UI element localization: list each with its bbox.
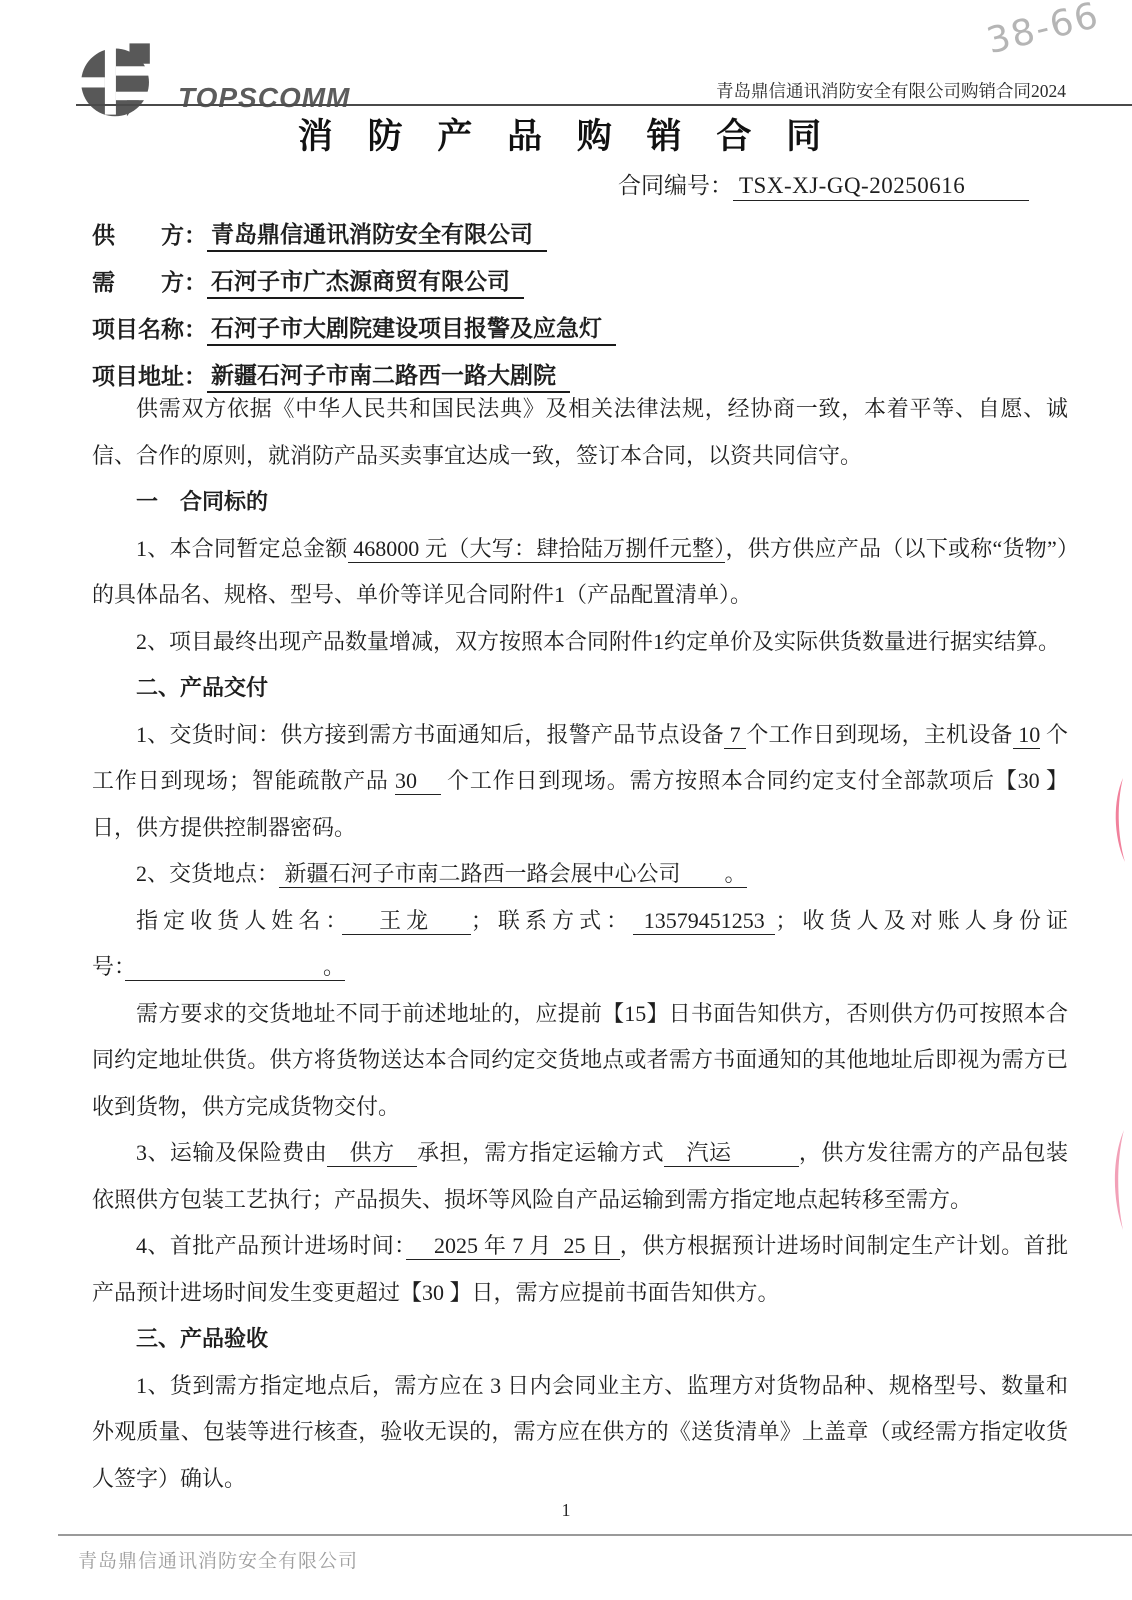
fill-in-value: 。: [125, 954, 345, 981]
paragraph-text: 供需双方依据《中华人民共和国民法典》及相关法律法规，经协商一致，本着平等、自愿、…: [92, 396, 1068, 468]
contract-number-line: 合同编号：TSX-XJ-GQ-20250616: [618, 167, 1029, 200]
paragraph-text: ；联系方式：: [471, 908, 633, 933]
contract-number-label: 合同编号：: [618, 173, 733, 198]
fill-in-value: 2025 年 7 月 25 日: [406, 1233, 620, 1260]
topscomm-logo-icon: [76, 40, 166, 118]
fill-in-value: 10: [1013, 722, 1041, 749]
contract-paragraph: 2、交货地点： 新疆石河子市南二路西一路会展中心公司 。: [92, 851, 1068, 898]
paragraph-text: 指定收货人姓名：: [136, 908, 342, 933]
header-divider: [76, 104, 1132, 106]
fill-in-value: 新疆石河子市南二路西一路会展中心公司 。: [279, 861, 747, 888]
contract-paragraph: 需方要求的交货地址不同于前述地址的，应提前【15】日书面告知供方，否则供方仍可按…: [92, 991, 1068, 1131]
paragraph-text: 1、交货时间：供方接到需方书面通知后，报警产品节点设备: [136, 722, 724, 747]
contract-page: TOPSCOMM 38-66 青岛鼎信通讯消防安全有限公司购销合同2024 消 …: [0, 0, 1132, 1600]
fill-in-value: 7: [724, 722, 746, 749]
paragraph-text: 1、本合同暂定总金额: [136, 536, 348, 561]
project-name-value: 石河子市大剧院建设项目报警及应急灯: [207, 310, 616, 346]
contract-paragraph: 1、货到需方指定地点后，需方应在 3 日内会同业主方、监理方对货物品种、规格型号…: [92, 1363, 1068, 1503]
section-heading: 一 合同标的: [92, 479, 1068, 526]
handwritten-page-mark: 38-66: [983, 0, 1104, 62]
supplier-label: 供 方：: [92, 217, 207, 250]
footer-divider: [58, 1534, 1132, 1536]
contract-paragraph: 供需双方依据《中华人民共和国民法典》及相关法律法规，经协商一致，本着平等、自愿、…: [92, 386, 1068, 479]
fill-in-value: 30: [395, 768, 441, 795]
contract-paragraph: 1、交货时间：供方接到需方书面通知后，报警产品节点设备 7 个工作日到现场，主机…: [92, 712, 1068, 852]
contract-paragraph: 2、项目最终出现产品数量增减，双方按照本合同附件1约定单价及实际供货数量进行据实…: [92, 619, 1068, 666]
page-number: 1: [0, 1500, 1132, 1521]
section-heading: 三、产品验收: [92, 1316, 1068, 1363]
header-document-reference: 青岛鼎信通讯消防安全有限公司购销合同2024: [716, 78, 1066, 103]
company-logo: TOPSCOMM: [76, 40, 350, 118]
contract-paragraph: 3、运输及保险费由 供方 承担，需方指定运输方式 汽运 ，供方发往需方的产品包装…: [92, 1130, 1068, 1223]
binding-seal-edge-mark-bottom: [1110, 1130, 1128, 1230]
buyer-label: 需 方：: [92, 264, 207, 297]
parties-block: 供 方：青岛鼎信通讯消防安全有限公司 需 方：石河子市广杰源商贸有限公司 项目名…: [92, 210, 616, 398]
paragraph-text: 一 合同标的: [136, 489, 268, 514]
buyer-row: 需 方：石河子市广杰源商贸有限公司: [92, 257, 616, 304]
paragraph-text: 个工作日到现场，主机设备: [746, 722, 1012, 747]
paragraph-text: 三、产品验收: [136, 1326, 268, 1351]
supplier-row: 供 方：青岛鼎信通讯消防安全有限公司: [92, 210, 616, 257]
supplier-value: 青岛鼎信通讯消防安全有限公司: [207, 216, 547, 252]
section-heading: 二、产品交付: [92, 665, 1068, 712]
fill-in-value: 汽运: [664, 1140, 799, 1167]
buyer-value: 石河子市广杰源商贸有限公司: [207, 263, 524, 299]
paragraph-text: 1、货到需方指定地点后，需方应在 3 日内会同业主方、监理方对货物品种、规格型号…: [92, 1373, 1068, 1491]
paragraph-text: 2、交货地点：: [136, 861, 279, 886]
binding-seal-edge-mark-top: [1110, 778, 1128, 862]
paragraph-text: 2、项目最终出现产品数量增减，双方按照本合同附件1约定单价及实际供货数量进行据实…: [136, 629, 1060, 654]
contract-title: 消 防 产 品 购 销 合 同: [0, 109, 1132, 159]
paragraph-text: 3、运输及保险费由: [136, 1140, 327, 1165]
footer-company-name: 青岛鼎信通讯消防安全有限公司: [78, 1546, 358, 1573]
project-name-row: 项目名称：石河子市大剧院建设项目报警及应急灯: [92, 304, 616, 351]
paragraph-text: 二、产品交付: [136, 675, 268, 700]
project-name-label: 项目名称：: [92, 311, 207, 344]
paragraph-text: 承担，需方指定运输方式: [417, 1140, 664, 1165]
fill-in-value: 王龙: [342, 908, 471, 935]
fill-in-value: 13579451253: [633, 908, 775, 935]
contract-paragraph: 指定收货人姓名： 王龙 ；联系方式： 13579451253 ；收货人及对账人身…: [92, 898, 1068, 991]
paragraph-text: 需方要求的交货地址不同于前述地址的，应提前【15】日书面告知供方，否则供方仍可按…: [92, 1001, 1068, 1119]
fill-in-value: 供方: [327, 1140, 417, 1167]
paragraph-text: 4、首批产品预计进场时间：: [136, 1233, 406, 1258]
contract-paragraph: 1、本合同暂定总金额 468000 元（大写：肆拾陆万捌仟元整），供方供应产品（…: [92, 526, 1068, 619]
fill-in-value: 468000 元（大写：肆拾陆万捌仟元整）: [348, 536, 726, 563]
contract-paragraph: 4、首批产品预计进场时间： 2025 年 7 月 25 日 ，供方根据预计进场时…: [92, 1223, 1068, 1316]
contract-number-value: TSX-XJ-GQ-20250616: [733, 173, 1029, 201]
contract-body: 供需双方依据《中华人民共和国民法典》及相关法律法规，经协商一致，本着平等、自愿、…: [92, 386, 1068, 1502]
